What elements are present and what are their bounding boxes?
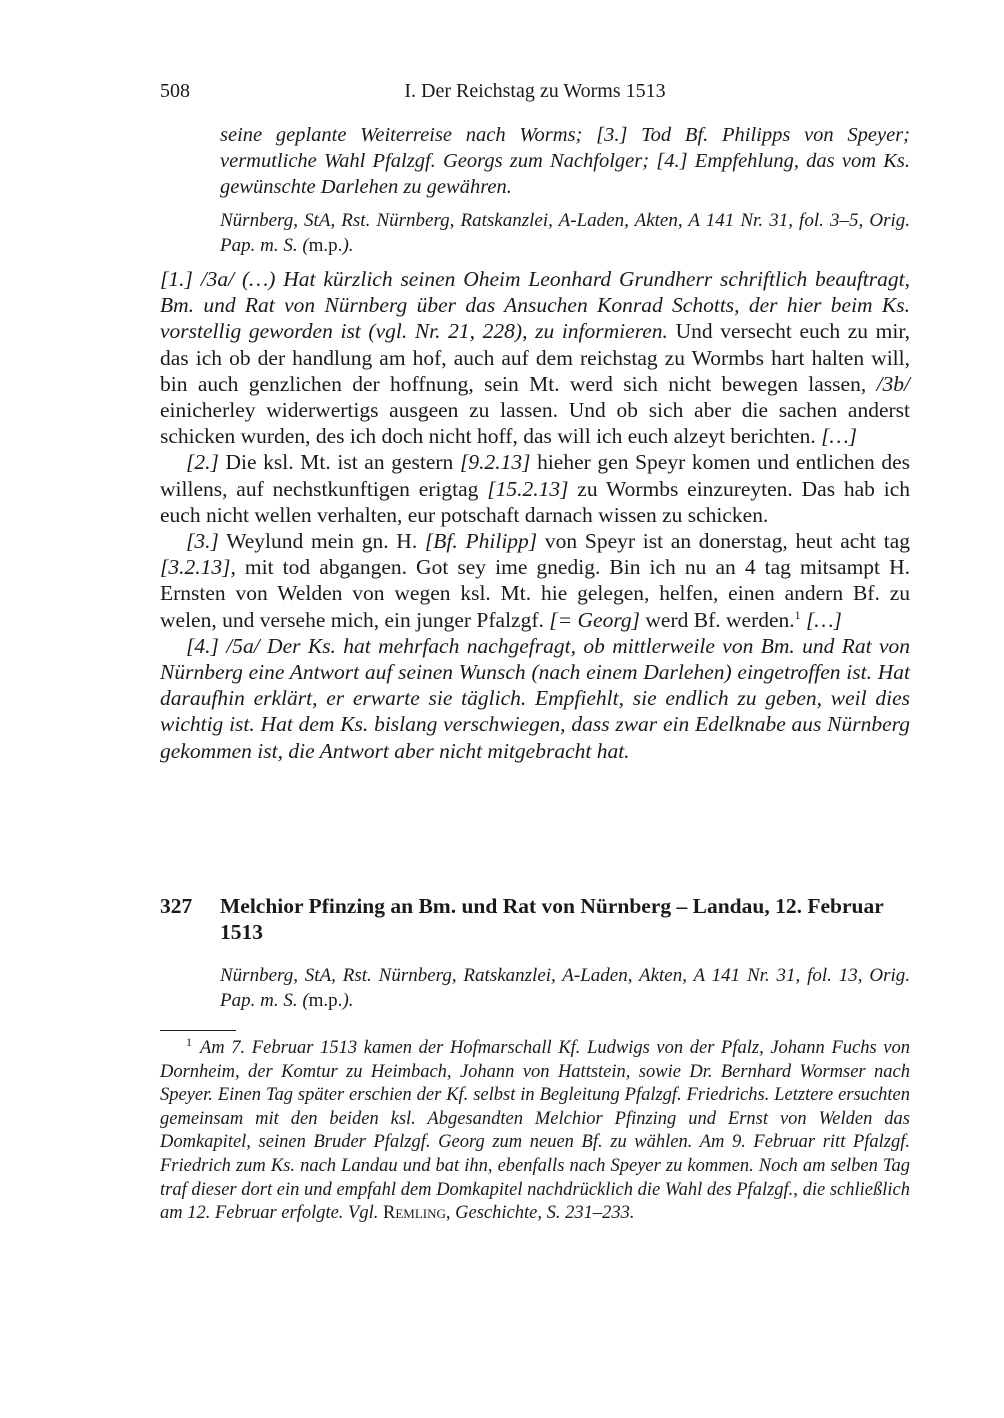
mp-note: m.p. (309, 990, 343, 1011)
running-head-title: I. Der Reichstag zu Worms 1513 (160, 80, 910, 103)
name-annotation: [= Georg] (549, 608, 640, 632)
omission-marker: […] (801, 608, 842, 632)
author-name: Remling (383, 1203, 446, 1223)
date-annotation: [9.2.13] (460, 450, 530, 474)
mp-note: m.p. (309, 235, 343, 256)
footnote-mark: 1 (186, 1035, 192, 1049)
paragraph-3: [3.] Weylund mein gn. H. [Bf. Philipp] v… (160, 528, 910, 633)
name-annotation: [Bf. Philipp] (425, 529, 537, 553)
date-annotation: [15.2.13] (487, 477, 568, 501)
omission-marker: […] (821, 424, 857, 448)
date-annotation: [3.2.13] (160, 555, 230, 579)
archival-source: Nürnberg, StA, Rst. Nürnberg, Ratskanzle… (220, 208, 910, 258)
paragraph-4: [4.] /5a/ Der Ks. hat mehrfach nachgefra… (160, 633, 910, 764)
document-title: Melchior Pfinzing an Bm. und Rat von Nür… (220, 893, 910, 945)
main-text: [1.] /3a/ (…) Hat kürzlich seinen Oheim … (160, 266, 910, 764)
footnote-1: 1Am 7. Februar 1513 kamen der Hofmarscha… (160, 1037, 910, 1226)
footnote-divider (160, 1030, 236, 1031)
document-number: 327 (160, 893, 192, 919)
regest-continuation: seine geplante Weiterreise nach Worms; [… (220, 122, 910, 258)
running-head: 508 I. Der Reichstag zu Worms 1513 (160, 80, 910, 106)
paragraph-2: [2.] Die ksl. Mt. ist an gestern [9.2.13… (160, 449, 910, 528)
regest-text: seine geplante Weiterreise nach Worms; [… (220, 122, 910, 200)
paragraph-1: [1.] /3a/ (…) Hat kürzlich seinen Oheim … (160, 266, 910, 449)
folio-marker: /3b/ (877, 372, 910, 396)
document-source: Nürnberg, StA, Rst. Nürnberg, Ratskanzle… (220, 963, 910, 1013)
